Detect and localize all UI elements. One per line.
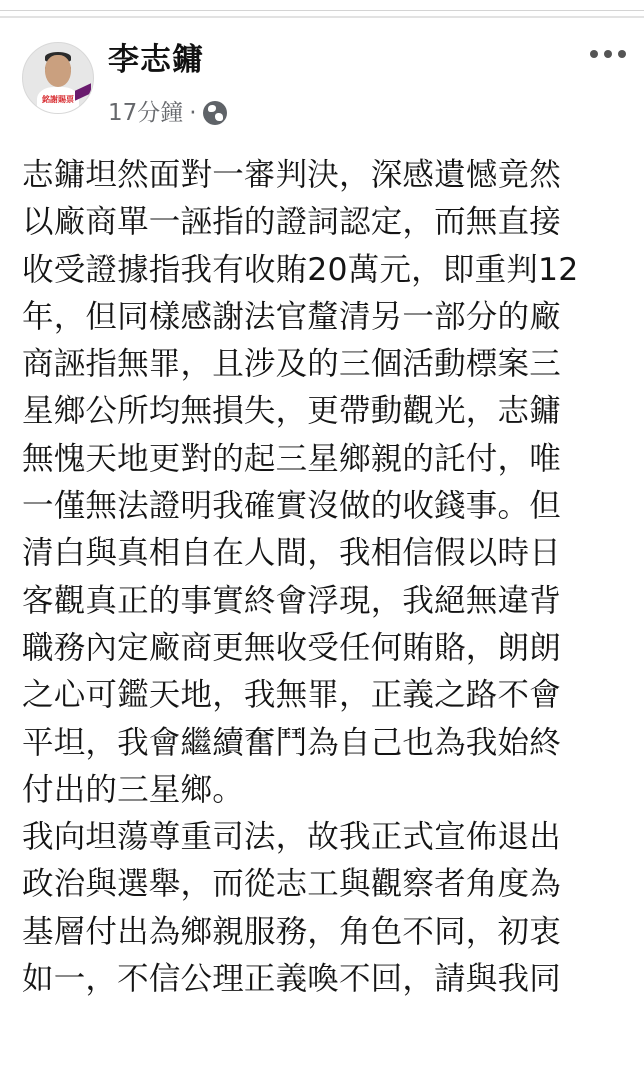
post-text-line: 無愧天地更對的起三星鄉親的託付，唯 (22, 436, 622, 483)
more-dot-icon (590, 50, 598, 58)
avatar-badge-text: 銘謝賜票 (33, 95, 83, 104)
post-text-line: 職務內定廠商更無收受任何賄賂，朗朗 (22, 625, 622, 672)
post-body: 志鏞坦然面對一審判決，深感遺憾竟然 以廠商單一誣指的證詞認定，而無直接 收受證據… (22, 152, 622, 1003)
post-timestamp[interactable]: 17分鐘 (108, 98, 183, 128)
top-divider-secondary (0, 16, 644, 18)
post-text-line: 基層付出為鄉親服務，角色不同，初衷 (22, 909, 622, 956)
post-text-line: 如一，不信公理正義喚不回，請與我同 (22, 956, 622, 1003)
post-text-line: 商誣指無罪，且涉及的三個活動標案三 (22, 341, 622, 388)
post-text-line: 政治與選舉，而從志工與觀察者角度為 (22, 861, 622, 908)
post-text-line: 志鏞坦然面對一審判決，深感遺憾竟然 (22, 152, 622, 199)
author-name[interactable]: 李志鏞 (108, 40, 204, 80)
globe-icon[interactable] (203, 101, 227, 125)
more-dot-icon (604, 50, 612, 58)
post-text-line: 一僅無法證明我確實沒做的收錢事。但 (22, 483, 622, 530)
more-dot-icon (618, 50, 626, 58)
avatar-face (45, 55, 71, 87)
post-text-line: 客觀真正的事實終會浮現，我絕無違背 (22, 578, 622, 625)
more-options-button[interactable] (586, 42, 630, 66)
post-meta: 17分鐘 · (108, 98, 227, 128)
post-text-line: 清白與真相自在人間，我相信假以時日 (22, 530, 622, 577)
meta-separator: · (189, 98, 196, 128)
post-text-line: 收受證據指我有收賄20萬元，即重判12 (22, 247, 622, 294)
post-text-line: 平坦，我會繼續奮鬥為自己也為我始終 (22, 720, 622, 767)
post-text-line: 以廠商單一誣指的證詞認定，而無直接 (22, 199, 622, 246)
post-text-line: 付出的三星鄉。 (22, 767, 622, 814)
post-text-line: 年，但同樣感謝法官釐清另一部分的廠 (22, 294, 622, 341)
post-text-line: 我向坦蕩尊重司法，故我正式宣佈退出 (22, 814, 622, 861)
post-text-line: 之心可鑑天地，我無罪，正義之路不會 (22, 672, 622, 719)
post-text-line: 星鄉公所均無損失，更帶動觀光，志鏞 (22, 388, 622, 435)
top-divider (0, 10, 644, 11)
avatar[interactable]: 銘謝賜票 (22, 42, 94, 114)
